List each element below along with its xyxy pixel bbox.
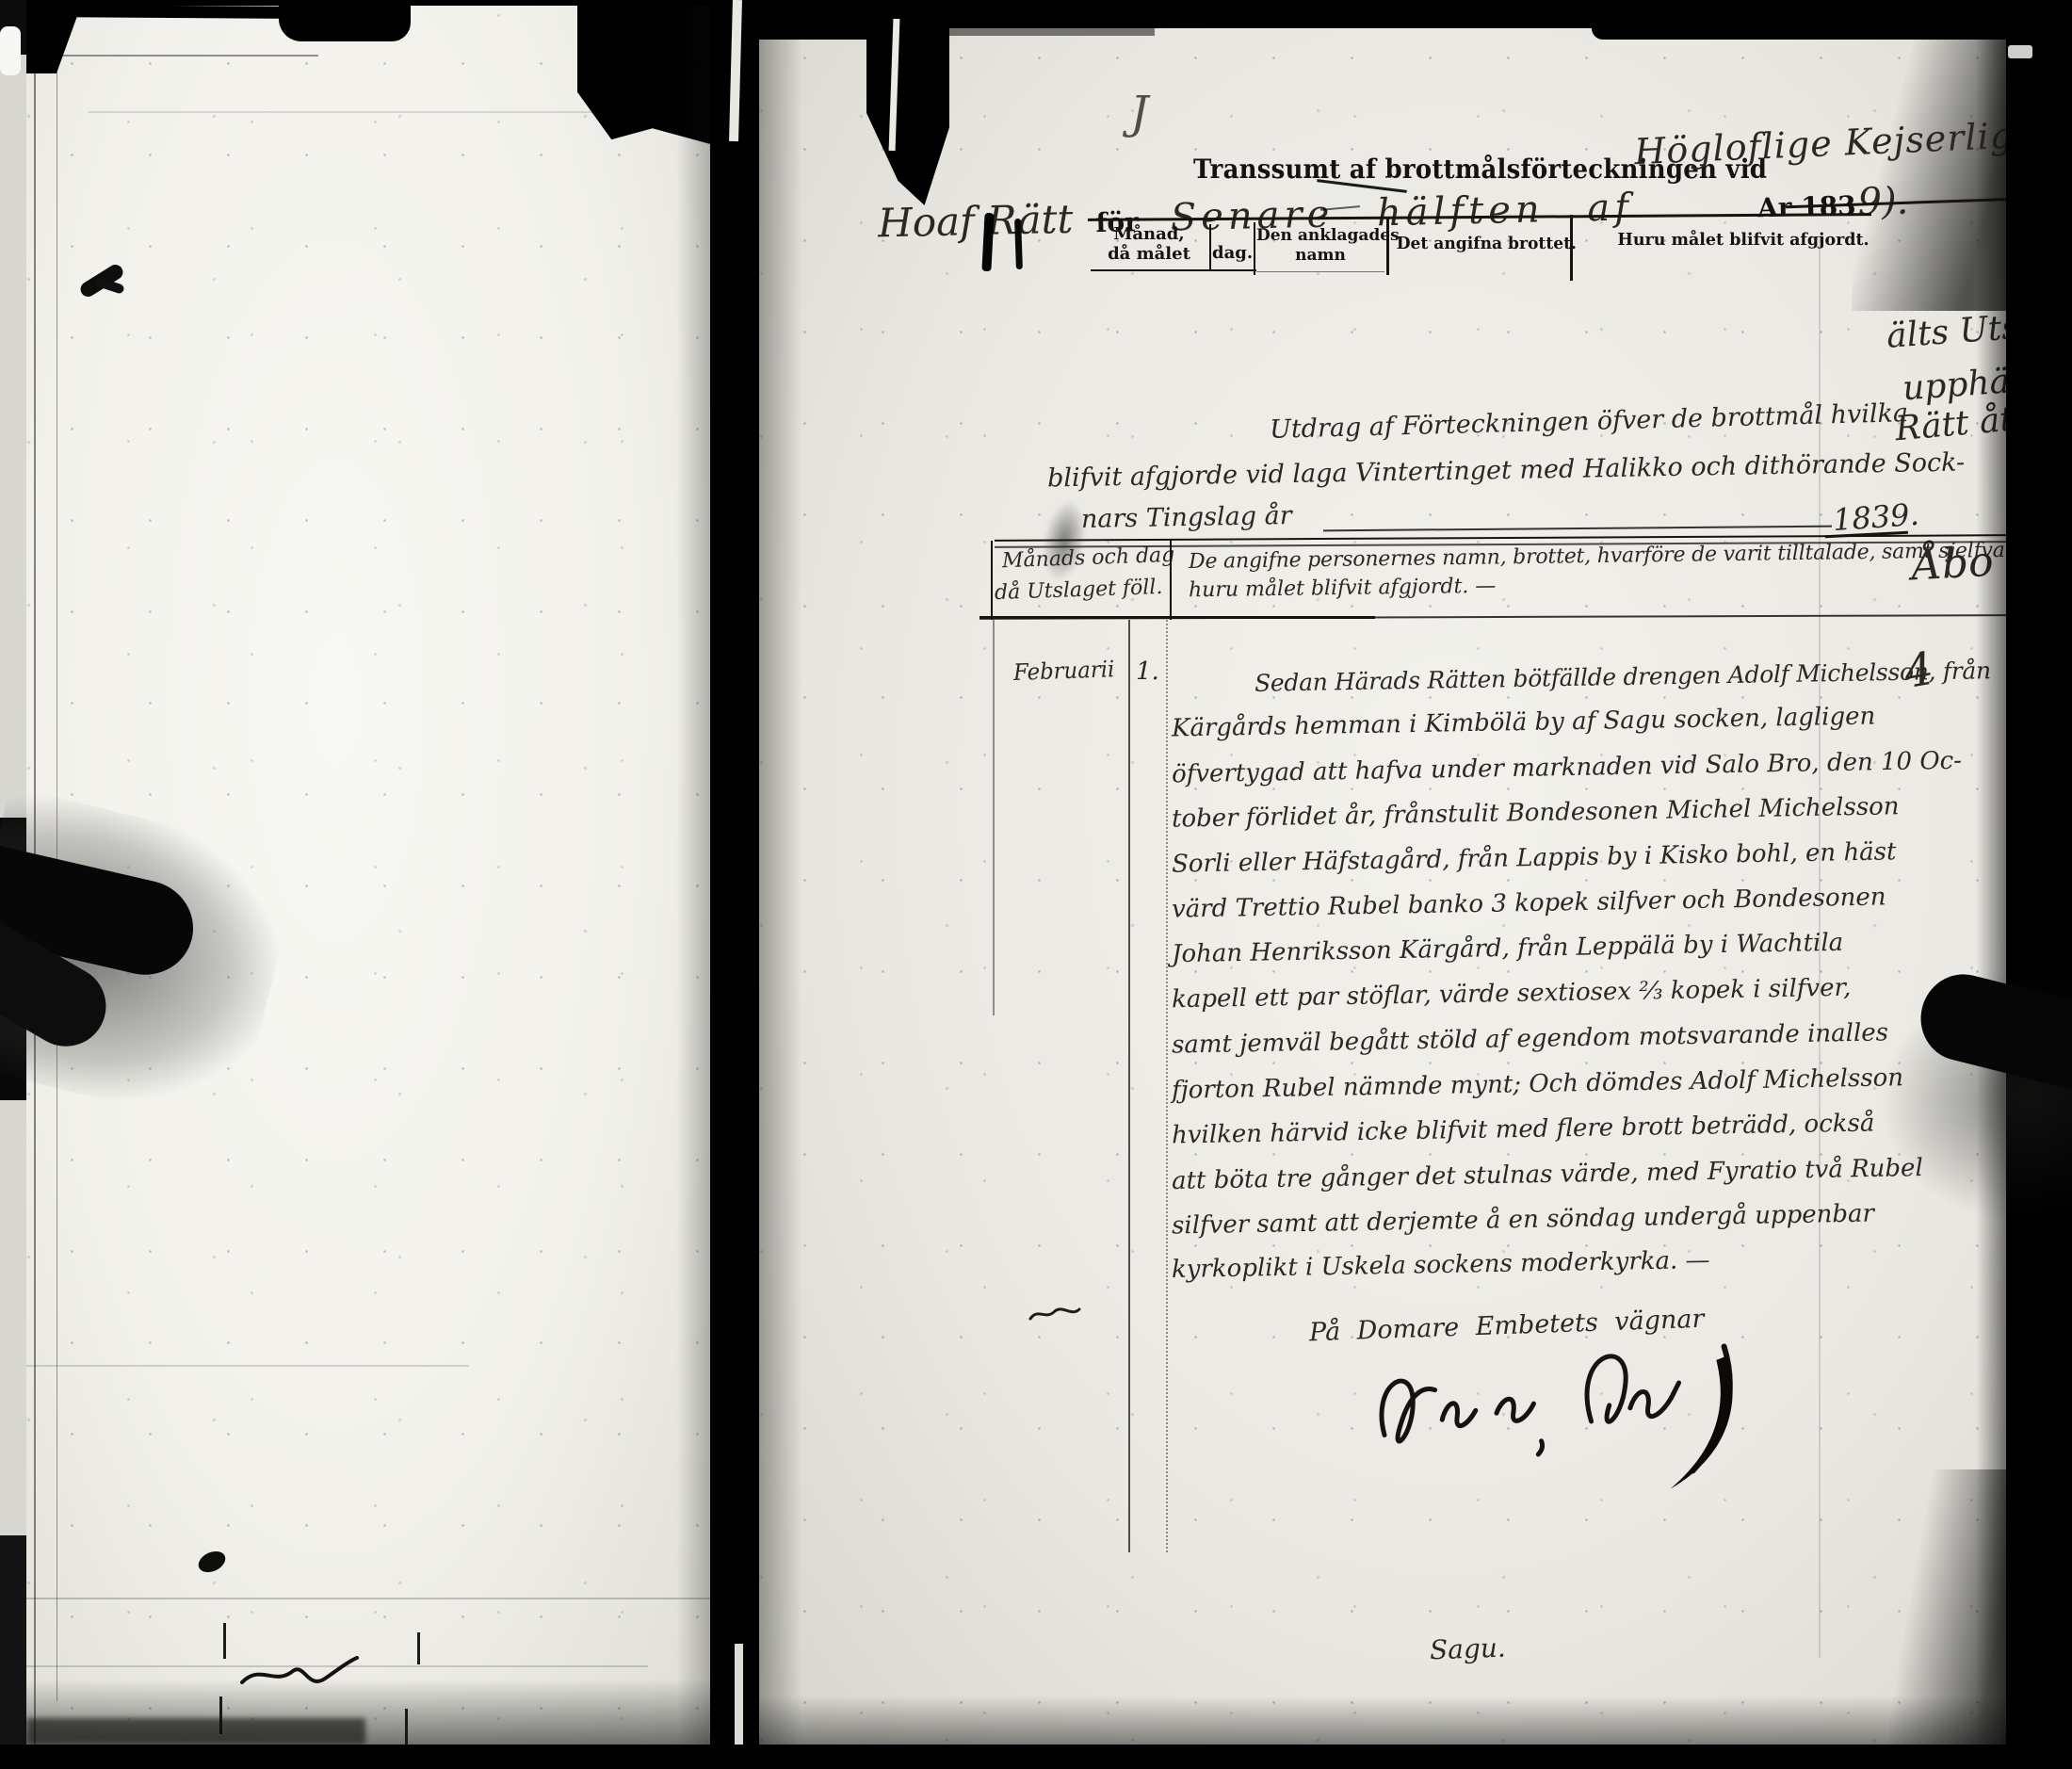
film-edge-right — [2006, 0, 2072, 1769]
entry-month: Februarii — [1013, 656, 1115, 686]
microfilm-photo: Transsumt af brottmålsförteckningen vid … — [0, 0, 2072, 1769]
gutter-shadow — [676, 6, 714, 1745]
subtable-bottom-rule-dark — [979, 616, 1375, 619]
bottom-curl-shadow — [759, 1696, 2008, 1748]
table-header-bottom-rule-faint — [1256, 271, 1384, 272]
tick-mark — [417, 1632, 420, 1664]
col-header-name-line2: namn — [1256, 246, 1384, 266]
tick-mark — [223, 1623, 226, 1659]
col-header-month-line1: Månad, — [1091, 224, 1207, 244]
col-header-month-line2: då målet — [1091, 244, 1207, 264]
ink-spot — [195, 1548, 229, 1577]
film-dark-bottom — [0, 1535, 26, 1769]
place-name: Sagu. — [1429, 1632, 1506, 1666]
col-separator — [1570, 215, 1573, 281]
bottom-dark-blob — [26, 1718, 365, 1745]
col-separator — [1386, 217, 1389, 275]
date-column-line — [1128, 620, 1130, 1552]
ink-squiggle — [1027, 1302, 1083, 1326]
table-header-bottom-rule — [1091, 269, 1256, 271]
film-light-blob — [0, 26, 21, 75]
col-separator — [1209, 224, 1211, 269]
gutter-shadow — [759, 0, 802, 1769]
col-header-outcome: Huru målet blifvit afgjordt. — [1606, 230, 1882, 250]
col-separator — [1254, 222, 1255, 275]
col-header-month: Månad, då målet — [1091, 224, 1207, 264]
film-edge-notch — [2008, 45, 2032, 58]
film-edge-right-fade — [1976, 0, 2008, 1769]
col-header-name-line1: Den anklagades — [1256, 226, 1384, 246]
entry-number: 1. — [1136, 657, 1159, 686]
book-gutter — [710, 0, 759, 1769]
crease — [26, 1598, 714, 1599]
subtable-left-border — [991, 541, 993, 620]
crease — [26, 1365, 469, 1367]
signature-flourish — [1352, 1324, 1794, 1535]
col-header-day: dag. — [1212, 243, 1252, 263]
subtable-right-line-2: huru målet blifvit afgjordt. — — [1189, 575, 1497, 603]
col-header-name: Den anklagades namn — [1256, 226, 1384, 266]
film-top-band-thick — [759, 0, 868, 40]
intro-line-3: nars Tingslag år — [1081, 501, 1292, 534]
number-column-line — [1166, 620, 1168, 1552]
film-bottom-band — [0, 1745, 2072, 1769]
hw-court-line2: Hoaf Rätt — [878, 196, 1074, 247]
body-left-border — [993, 620, 995, 1015]
top-ink-blob — [279, 6, 411, 41]
subtable-col-separator — [1170, 539, 1172, 620]
col-header-crime: Det angifna brottet. — [1397, 234, 1565, 253]
crease — [36, 55, 318, 57]
stray-pen-mark: J — [1130, 87, 1148, 139]
